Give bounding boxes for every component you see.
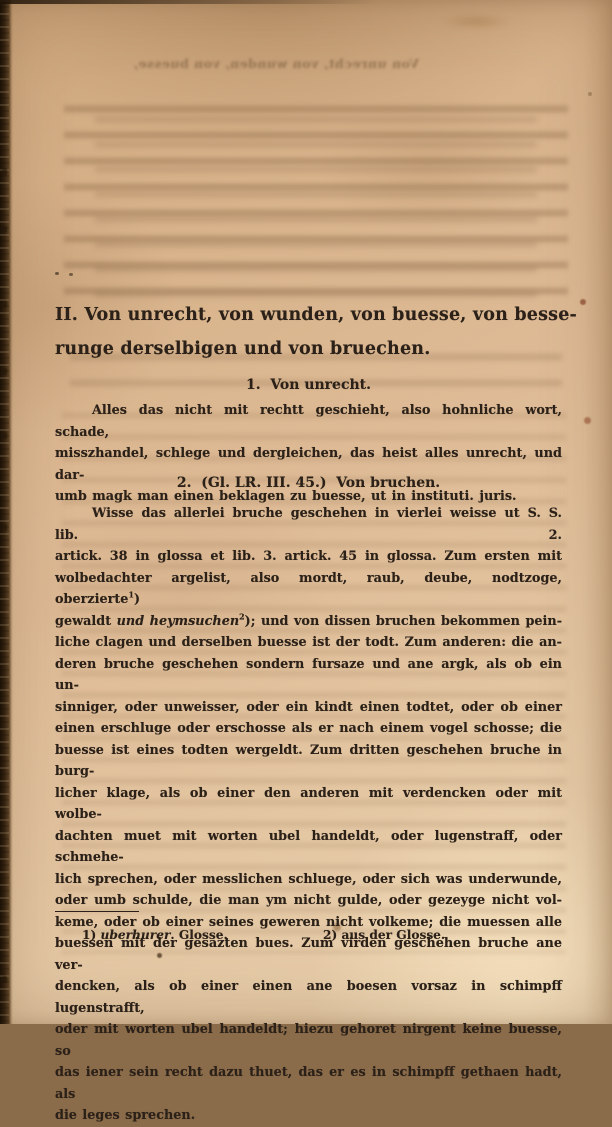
section-1-paragraph: Alles das nicht mit rechtt geschieht, al… — [55, 400, 562, 508]
text-line: liche clagen und derselben buesse ist de… — [55, 632, 562, 654]
text-line: deren bruche geschehen sondern fursaze u… — [55, 654, 562, 697]
footnote-2: 2) aus der Glosse. — [323, 928, 445, 942]
section-2-paragraph: Wisse das allerlei bruche geschehen in v… — [55, 503, 562, 1024]
book-page: Von unrecht, von wunden, von buesse, II.… — [0, 0, 612, 1024]
text-line: dencken, als ob einer einen ane boesen v… — [55, 976, 562, 1019]
text-line: wolbedachter argelist, also mordt, raub,… — [55, 568, 562, 611]
text-line: einen erschluge oder erschosse als er na… — [55, 718, 562, 740]
text-line: gewaldt und heymsuchen2); und von dissen… — [55, 611, 562, 633]
text-line: Wisse das allerlei bruche geschehen in v… — [55, 503, 562, 546]
spine-speck — [2, 524, 7, 531]
spine-speck — [2, 976, 7, 983]
spine-speck — [2, 226, 7, 233]
text-line: lich sprechen, oder messlichen schluege,… — [55, 869, 562, 891]
spine-speck — [2, 432, 7, 439]
page-edge-streaks — [0, 0, 9, 1024]
text-line: runge derselbigen und von bruechen. — [55, 332, 562, 366]
spine-speck — [2, 301, 7, 308]
text-line: Alles das nicht mit rechtt geschieht, al… — [55, 400, 562, 443]
section-1-heading: 1. Von unrecht. — [55, 377, 562, 393]
page-right-shading — [584, 0, 612, 1024]
chapter-title: II. Von unrecht, von wunden, von buesse,… — [55, 298, 562, 366]
text-line: oder umb schulde, die man ym nicht gulde… — [55, 890, 562, 912]
footnote-1: 1) uberhurer. Glosse. — [82, 928, 228, 942]
text-block: II. Von unrecht, von wunden, von buesse,… — [55, 0, 562, 1024]
text-line: licher klage, als ob einer den anderen m… — [55, 783, 562, 826]
footnote-separator-rule — [55, 911, 139, 912]
text-line: dachten muet mit worten ubel handeldt, o… — [55, 826, 562, 869]
text-line: sinniger, oder unweisser, oder ein kindt… — [55, 697, 562, 719]
text-line: oder mit worten ubel handeldt; hiezu geh… — [55, 1019, 562, 1024]
spine-speck — [2, 368, 7, 375]
spine-speck — [2, 168, 7, 175]
text-line: artick. 38 in glossa et lib. 3. artick. … — [55, 546, 562, 568]
text-line: II. Von unrecht, von wunden, von buesse,… — [55, 298, 562, 332]
section-2-heading: 2. (Gl. LR. III. 45.) Von bruchen. — [55, 475, 562, 491]
text-line: buesse ist eines todten wergeldt. Zum dr… — [55, 740, 562, 783]
